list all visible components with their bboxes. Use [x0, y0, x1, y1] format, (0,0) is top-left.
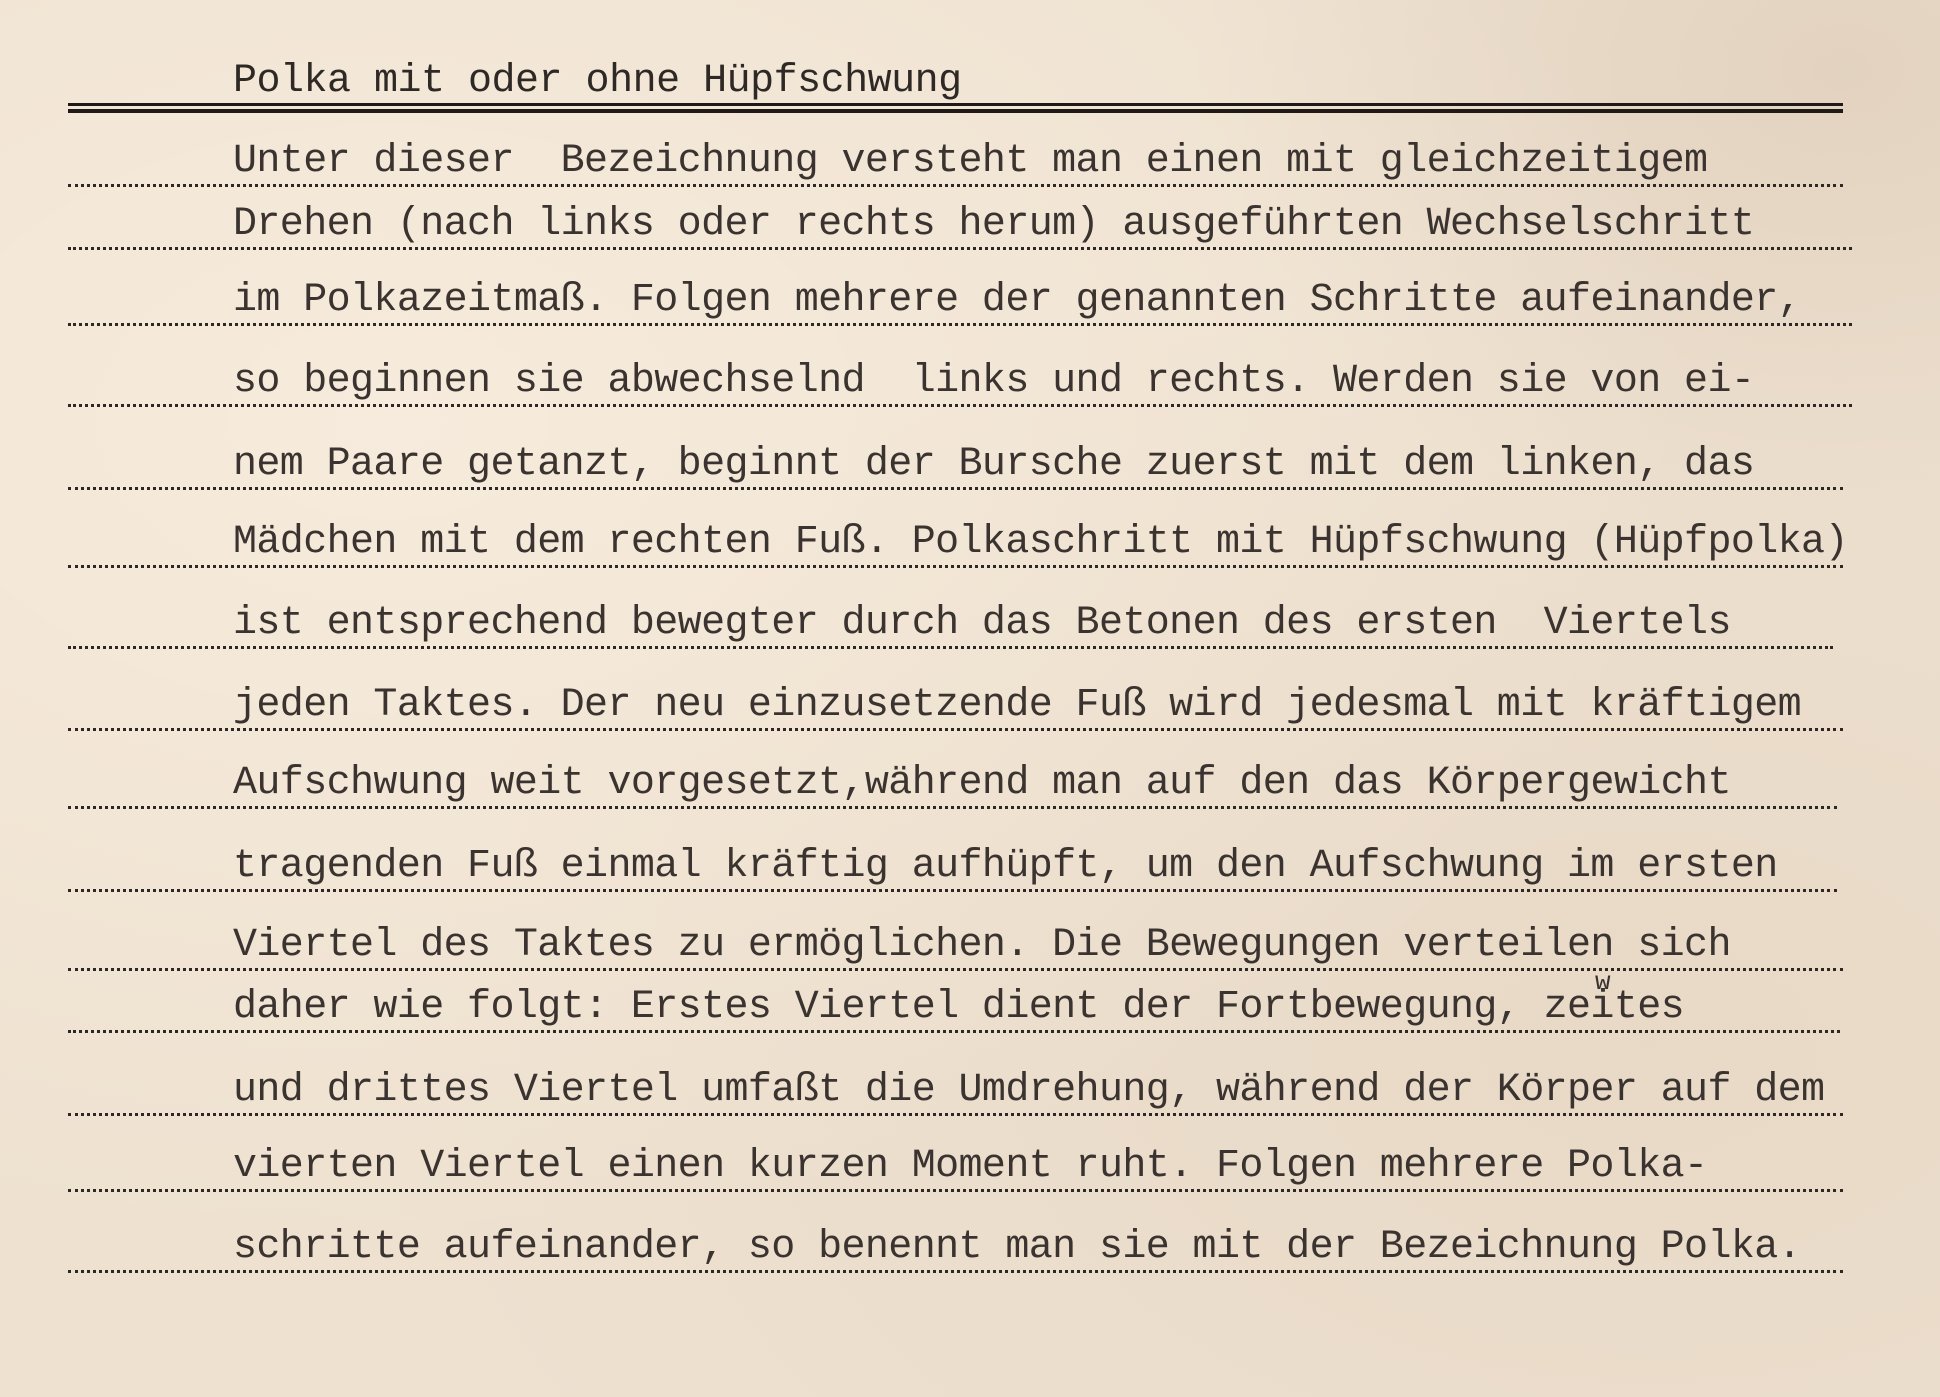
text-line: jeden Taktes. Der neu einzusetzende Fuß …	[233, 682, 1801, 730]
text-line: Drehen (nach links oder rechts herum) au…	[233, 201, 1754, 249]
dotted-guide-line	[68, 728, 1843, 731]
dotted-guide-line	[68, 247, 1852, 250]
title-double-rule-top	[68, 103, 1843, 106]
text-line: im Polkazeitmaß. Folgen mehrere der gena…	[233, 277, 1801, 325]
document-title: Polka mit oder ohne Hüpfschwung	[233, 58, 962, 106]
dotted-guide-line	[68, 889, 1837, 892]
dotted-guide-line	[68, 1030, 1840, 1033]
text-line: tragenden Fuß einmal kräftig aufhüpft, u…	[233, 843, 1778, 891]
dotted-guide-line	[68, 487, 1843, 490]
text-line: daher wie folgt: Erstes Viertel dient de…	[233, 984, 1684, 1032]
text-line: Aufschwung weit vorgesetzt,während man a…	[233, 760, 1731, 808]
text-line: schritte aufeinander, so benennt man sie…	[233, 1224, 1801, 1272]
text-line: nem Paare getanzt, beginnt der Bursche z…	[233, 441, 1754, 489]
dotted-guide-line	[68, 404, 1852, 407]
dotted-guide-line	[68, 1113, 1843, 1116]
text-line: und drittes Viertel umfaßt die Umdrehung…	[233, 1067, 1824, 1115]
text-line: Viertel des Taktes zu ermöglichen. Die B…	[233, 922, 1731, 970]
dotted-guide-line	[68, 1189, 1843, 1192]
text-line: Unter dieser Bezeichnung versteht man ei…	[233, 138, 1707, 186]
text-line: ist entsprechend bewegter durch das Beto…	[233, 600, 1731, 648]
dotted-guide-line	[68, 184, 1843, 187]
typewritten-page: Polka mit oder ohne Hüpfschwung Unter di…	[0, 0, 1940, 1397]
dotted-guide-line	[68, 646, 1833, 649]
text-line: so beginnen sie abwechselnd links und re…	[233, 358, 1754, 406]
handwritten-correction-mark: w	[1595, 968, 1611, 996]
dotted-guide-line	[68, 968, 1843, 971]
dotted-guide-line	[68, 1270, 1843, 1273]
dotted-guide-line	[68, 806, 1837, 809]
dotted-guide-line	[68, 323, 1852, 326]
text-line: Mädchen mit dem rechten Fuß. Polkaschrit…	[233, 519, 1848, 567]
title-double-rule-bottom	[68, 109, 1843, 113]
text-line: vierten Viertel einen kurzen Moment ruht…	[233, 1143, 1707, 1191]
dotted-guide-line	[68, 565, 1843, 568]
